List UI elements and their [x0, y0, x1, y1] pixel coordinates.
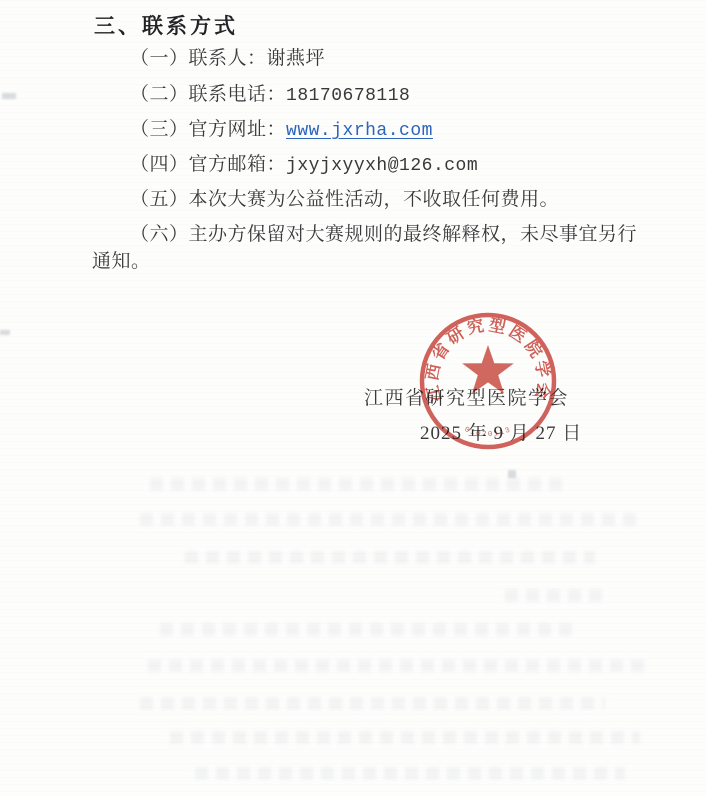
scan-artifact — [508, 470, 516, 478]
rights-notice-continuation-text: 通知。 — [92, 251, 151, 272]
email-label: （四）官方邮箱： — [130, 154, 286, 175]
scan-artifact — [0, 330, 10, 335]
bleed-through-row — [160, 623, 580, 636]
section-heading: 三、联系方式 — [94, 10, 238, 40]
bleed-through-row — [140, 513, 640, 526]
fee-notice-line: （五）本次大赛为公益性活动，不收取任何费用。 — [130, 184, 559, 211]
website-label: （三）官方网址： — [130, 119, 286, 140]
bleed-through-row — [185, 551, 595, 564]
contact-phone-value: 18170678118 — [286, 86, 410, 106]
email-line: （四）官方邮箱：jxyjxyyxh@126.com — [130, 149, 478, 176]
bleed-through-row — [170, 731, 640, 744]
bleed-through-row — [140, 697, 605, 710]
website-link[interactable]: www.jxrha.com — [286, 121, 433, 141]
bleed-through-row — [195, 767, 625, 780]
contact-person-line: （一）联系人：谢燕坪 — [130, 43, 325, 70]
bleed-through-row — [505, 589, 605, 602]
contact-phone-line: （二）联系电话：18170678118 — [130, 79, 410, 106]
bleed-through-row — [148, 659, 648, 672]
scanned-notice-page: 三、联系方式 （一）联系人：谢燕坪 （二）联系电话：18170678118 （三… — [0, 0, 706, 796]
contact-person-value: 谢燕坪 — [267, 48, 326, 69]
website-line: （三）官方网址：www.jxrha.com — [130, 114, 433, 141]
contact-phone-label: （二）联系电话： — [130, 84, 286, 105]
rights-notice-continuation: 通知。 — [92, 246, 151, 273]
signature-date: 2025 年 9 月 27 日 — [420, 418, 582, 445]
contact-person-label: （一）联系人： — [130, 48, 267, 69]
signature-organization: 江西省研究型医院学会 — [364, 383, 569, 410]
bleed-through-row — [150, 478, 570, 491]
fee-notice-text: （五）本次大赛为公益性活动，不收取任何费用。 — [130, 189, 559, 210]
rights-notice-line: （六）主办方保留对大赛规则的最终解释权，未尽事宜另行 — [130, 219, 637, 246]
email-value: jxyjxyyxh@126.com — [286, 156, 478, 176]
rights-notice-text: （六）主办方保留对大赛规则的最终解释权，未尽事宜另行 — [130, 224, 637, 245]
scan-artifact — [2, 93, 16, 99]
